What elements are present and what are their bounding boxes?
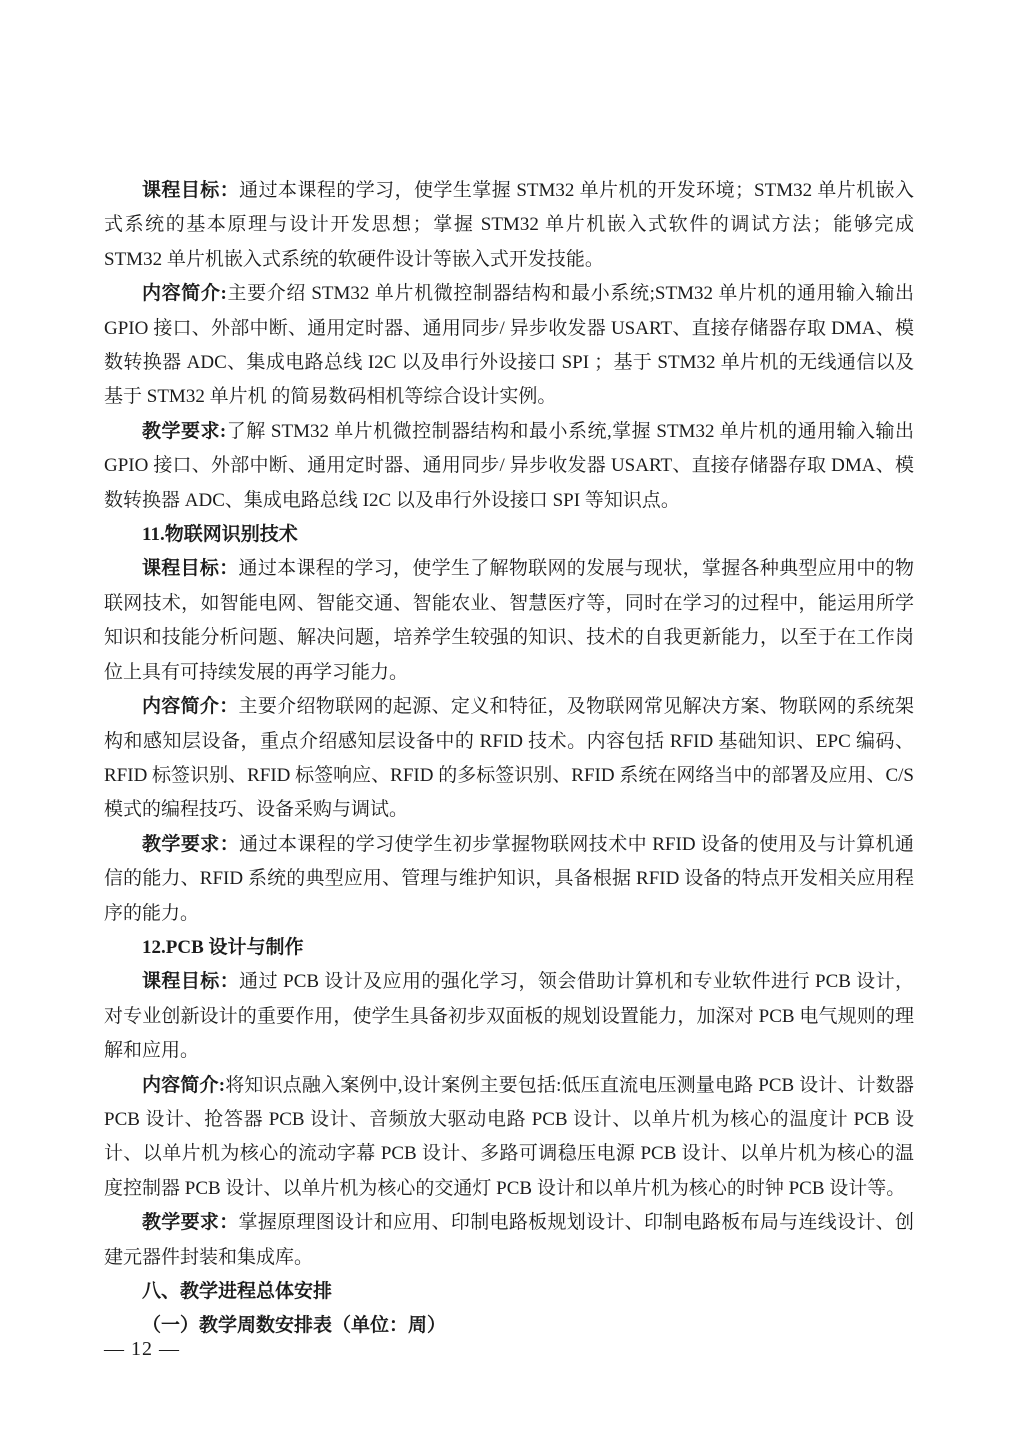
paragraph-label: 教学要求：: [142, 834, 239, 855]
paragraph: 内容简介：主要介绍物联网的起源、定义和特征，及物联网常见解决方案、物联网的系统架…: [104, 690, 914, 828]
paragraph-label: 教学要求:: [142, 421, 226, 442]
paragraph-label: 内容简介:: [142, 1075, 225, 1096]
paragraph: 教学要求：通过本课程的学习使学生初步掌握物联网技术中 RFID 设备的使用及与计…: [104, 828, 914, 931]
document-body: 课程目标：通过本课程的学习，使学生掌握 STM32 单片机的开发环境；STM32…: [104, 174, 914, 1344]
paragraph-label: 课程目标：: [142, 558, 239, 579]
paragraph-label: 内容简介:: [142, 283, 227, 304]
paragraph: 课程目标：通过本课程的学习，使学生了解物联网的发展与现状，掌握各种典型应用中的物…: [104, 552, 914, 690]
paragraph: 课程目标：通过本课程的学习，使学生掌握 STM32 单片机的开发环境；STM32…: [104, 174, 914, 277]
paragraph: 内容简介:主要介绍 STM32 单片机微控制器结构和最小系统;STM32 单片机…: [104, 277, 914, 415]
section-heading: 11.物联网识别技术: [104, 518, 914, 552]
paragraph: 教学要求:了解 STM32 单片机微控制器结构和最小系统,掌握 STM32 单片…: [104, 415, 914, 518]
section-heading: 12.PCB 设计与制作: [104, 931, 914, 965]
paragraph: 内容简介:将知识点融入案例中,设计案例主要包括:低压直流电压测量电路 PCB 设…: [104, 1069, 914, 1207]
paragraph-label: 课程目标：: [142, 180, 239, 201]
paragraph: 教学要求：掌握原理图设计和应用、印制电路板规划设计、印制电路板布局与连线设计、创…: [104, 1206, 914, 1275]
section-heading: （一）教学周数安排表（单位：周）: [104, 1309, 914, 1343]
paragraph: 课程目标：通过 PCB 设计及应用的强化学习，领会借助计算机和专业软件进行 PC…: [104, 965, 914, 1068]
paragraph-label: 教学要求：: [142, 1212, 239, 1233]
document-page: 课程目标：通过本课程的学习，使学生掌握 STM32 单片机的开发环境；STM32…: [0, 0, 1024, 1448]
page-number: — 12 —: [104, 1338, 180, 1361]
paragraph-label: 课程目标：: [142, 971, 239, 992]
paragraph-label: 内容简介：: [142, 696, 239, 717]
section-heading: 八、教学进程总体安排: [104, 1275, 914, 1309]
